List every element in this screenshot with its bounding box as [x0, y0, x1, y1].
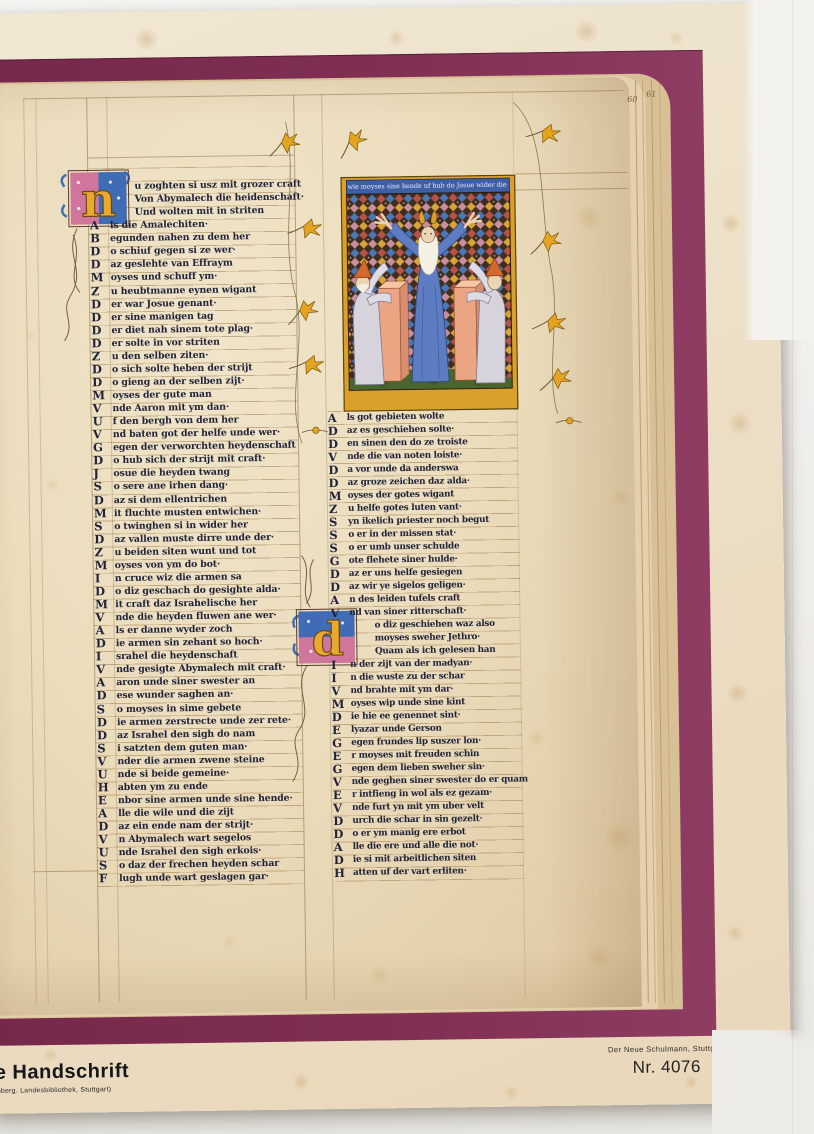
folio-number: 60 — [627, 95, 637, 104]
verse-initial: M — [95, 559, 115, 572]
verse-text: u heubtmanne eynen wigant — [111, 283, 257, 298]
verse-text: yn ikelich priester noch begut — [348, 514, 489, 529]
verse-text: ie hie ee genennet sint· — [351, 709, 461, 724]
miniature-painting — [340, 174, 518, 411]
verse-text: atten uf der vart erliten· — [353, 865, 467, 880]
text-column-right: Als got gebieten wolteDaz es geschiehen … — [328, 409, 530, 880]
gold-dot — [302, 423, 328, 441]
verse-initial: V — [330, 607, 349, 620]
verse-text: Und wolten mit in striten — [135, 204, 264, 219]
foxing-stain — [726, 924, 744, 942]
verse-initial: S — [97, 703, 117, 716]
verse-text: nder die armen zwene steine — [117, 753, 264, 768]
foxing-stain — [387, 29, 405, 47]
gold-leaf-sprig — [525, 226, 563, 262]
foxing-stain — [527, 729, 545, 747]
verse-text: u den selben ziten· — [112, 349, 209, 363]
wall-seam — [792, 0, 793, 1134]
foxing-stain — [684, 1075, 698, 1089]
miniature: wie moyses sine hende uf hub do Josue wi… — [340, 174, 518, 411]
verse-initial: D — [91, 324, 111, 337]
folio-number: 61 — [646, 90, 656, 99]
verse-initial: D — [96, 690, 116, 703]
foxing-stain — [24, 329, 36, 341]
verse-initial: D — [94, 494, 114, 507]
verse-text: abten ym zu ende — [118, 780, 208, 794]
verse-text: Quam als ich gelesen han — [375, 644, 496, 659]
verse-initial: V — [97, 755, 117, 768]
verse-initial — [355, 619, 374, 632]
foxing-stain — [727, 410, 753, 436]
verse-initial: Z — [94, 546, 114, 559]
verse-text: lyazar unde Gerson — [351, 723, 442, 737]
foxing-stain — [668, 30, 684, 46]
verse-text: aron unde siner swester an — [116, 675, 255, 690]
gold-dot — [556, 414, 582, 432]
verse-text: er diet nah sinem tote plag· — [111, 322, 253, 337]
verse-text: o gieng an der selben zijt· — [112, 374, 245, 389]
wall — [744, 0, 814, 340]
miniature-rubric: wie moyses sine hende uf hub do Josue wi… — [347, 179, 508, 194]
wall — [712, 1030, 814, 1134]
manuscript-page: 60 61 n d u zoghten si usz mit groz — [0, 76, 684, 1016]
poster-subtitle: mberg. Landesbibliothek, Stuttgart) — [0, 1083, 335, 1095]
verse-text: ie armen sin zehant so hoch· — [116, 635, 263, 650]
gold-leaf-sprig — [263, 127, 302, 164]
verse-initial — [115, 193, 135, 206]
poster: 60 61 n d u zoghten si usz mit groz — [0, 3, 791, 1114]
verse-initial: Z — [91, 285, 111, 298]
gold-leaf-sprig — [536, 363, 573, 397]
verse-initial: M — [94, 507, 114, 520]
verse-text: nbor sine armen unde sine hende· — [118, 792, 293, 807]
verse-text: nde gesigte Abymalech mit craft· — [116, 661, 285, 676]
foxing-stain — [726, 682, 748, 704]
foxing-stain — [162, 196, 176, 210]
verse-initial — [114, 180, 134, 193]
verse-initial: D — [92, 337, 112, 350]
foxing-stain — [721, 213, 741, 233]
verse-text: nde geghen siner swester do er quam — [352, 773, 528, 788]
foxing-stain — [449, 633, 461, 645]
verse-initial: D — [97, 729, 117, 742]
verse-text: u beiden siten wunt und tot — [114, 544, 256, 559]
verse-initial: D — [91, 311, 111, 324]
foxing-stain — [573, 18, 599, 44]
verse-text: nde si beide gemeine· — [118, 766, 230, 781]
verse-text: ie armen zerstrecte unde zer rete· — [117, 713, 291, 728]
foxing-stain — [91, 778, 103, 790]
foxing-stain — [134, 27, 158, 51]
verse-initial: D — [91, 298, 111, 311]
verse-text: o hub sich der strijt mit craft· — [113, 452, 265, 467]
verse-text: lugh unde wart geslagen gar· — [119, 870, 269, 885]
verse-initial: S — [97, 742, 117, 755]
verse-initial: H — [334, 867, 353, 880]
verse-initial — [115, 206, 135, 219]
verse-initial: S — [94, 520, 114, 533]
foxing-stain — [503, 1085, 519, 1101]
verse-initial: F — [99, 872, 119, 885]
gold-leaf-sprig — [529, 305, 568, 342]
foxing-stain — [369, 965, 389, 985]
foxing-stain — [222, 935, 236, 949]
verse-initial: D — [94, 533, 114, 546]
verse-initial: S — [94, 481, 114, 494]
verse-initial — [356, 645, 375, 658]
verse-initial: D — [97, 716, 117, 729]
foxing-stain — [44, 477, 60, 493]
verse-initial: M — [91, 272, 111, 285]
verse-text: egen der verworchten heydenschaft — [113, 439, 296, 455]
marginal-vine — [267, 117, 322, 448]
verse-line: Hatten uf der vart erliten· — [334, 864, 529, 880]
verse-initial — [356, 632, 375, 645]
verse-text: nde die heyden fluwen ane wer· — [115, 609, 276, 624]
